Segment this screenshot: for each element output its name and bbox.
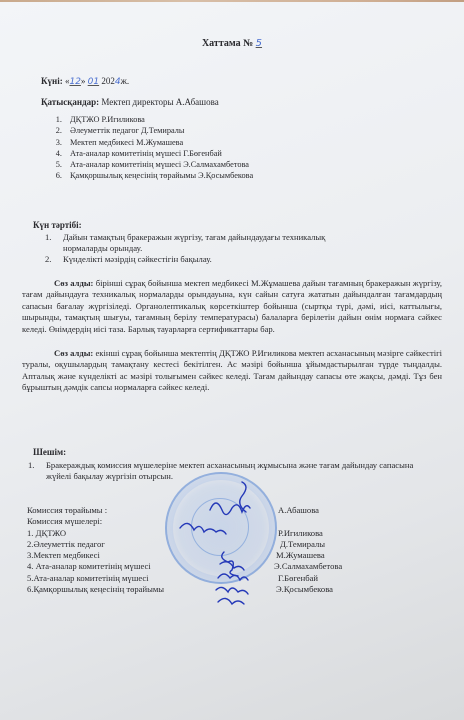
speech-lead: Сөз алды: (54, 278, 93, 288)
participants-head: Мектеп директоры А.Абашова (101, 97, 218, 107)
member-name: Р.Игиликова (248, 528, 342, 539)
chair-name: А.Абашова (248, 505, 342, 516)
list-item: 3.Мектеп медбикесі М.Жумашева (40, 137, 253, 148)
participants-list: 1.ДҚТЖО Р.Игиликова 2.Әлеуметтік педагог… (40, 114, 253, 182)
member-name: М.Жумашева (248, 550, 342, 561)
member-name: Э.Салмахамбетова (248, 561, 342, 572)
members-label: Комиссия мүшелері: (27, 516, 164, 527)
signature-names: А.Абашова Р.Игиликова Д.Темиралы М.Жумаш… (248, 505, 342, 595)
list-item: 2.Күнделікті мәзірдің сәйкестігін бақыла… (45, 254, 345, 265)
speech-paragraph-1: Сөз алды: бірінші сұрақ бойынша мектеп м… (22, 278, 442, 335)
list-item: 4.Ата-аналар комитетінің мүшесі Г.Бөгенб… (40, 148, 253, 159)
agenda-heading: Күн тәртібі: (33, 220, 82, 230)
member-name: Г.Бөгенбай (248, 573, 342, 584)
date-suffix: ж. (121, 76, 129, 86)
member-role: 6.Қамқоршылық кеңесінің төрайымы (27, 584, 164, 595)
date-year-prefix: 202 (101, 76, 115, 86)
table-edge (0, 0, 464, 2)
participants-line: Қатысқандар: Мектеп директоры А.Абашова (41, 97, 219, 107)
member-name: Э.Қосымбекова (248, 584, 342, 595)
member-role: 2.Әлеуметтік педагог (27, 539, 164, 550)
date-line: Күні: «12» 01 2024ж. (41, 76, 129, 87)
date-month: 01 (88, 77, 99, 87)
decision-heading: Шешім: (33, 447, 66, 457)
member-role: 5.Ата-аналар комитетінің мүшесі (27, 573, 164, 584)
participants-label: Қатысқандар: (41, 97, 99, 107)
speech-lead: Сөз алды: (54, 348, 93, 358)
list-item: 5.Ата-аналар комитетінің мүшесі Э.Салмах… (40, 159, 253, 170)
list-item: 1.ДҚТЖО Р.Игиликова (40, 114, 253, 125)
document-page: Хаттама № 5 Күні: «12» 01 2024ж. Қатысқа… (0, 0, 464, 720)
date-label: Күні: (41, 76, 63, 86)
member-role: 3.Мектеп медбикесі (27, 550, 164, 561)
member-role: 1. ДҚТЖО (27, 528, 164, 539)
agenda-list: 1.Дайын тамақтың бракеражын жүргізу, тағ… (45, 232, 345, 266)
title-number-handwritten: 5 (256, 38, 262, 49)
list-item: 6.Қамқоршылық кеңесінің төрайымы Э.Қосым… (40, 170, 253, 181)
member-role: 4. Ата-аналар комитетінің мүшесі (27, 561, 164, 572)
title-prefix: Хаттама № (202, 38, 253, 49)
date-day: 12 (69, 77, 80, 87)
document-title: Хаттама № 5 (0, 38, 464, 49)
list-item: 1.Дайын тамақтың бракеражын жүргізу, тағ… (45, 232, 345, 254)
signature-roles: Комиссия төрайымы : Комиссия мүшелері: 1… (27, 505, 164, 595)
chair-label: Комиссия төрайымы : (27, 505, 164, 516)
speech-paragraph-2: Сөз алды: екінші сұрақ бойынша мектептің… (22, 348, 442, 394)
list-item: 2.Әлеуметтік педагог Д.Темиралы (40, 125, 253, 136)
member-name: Д.Темиралы (248, 539, 342, 550)
